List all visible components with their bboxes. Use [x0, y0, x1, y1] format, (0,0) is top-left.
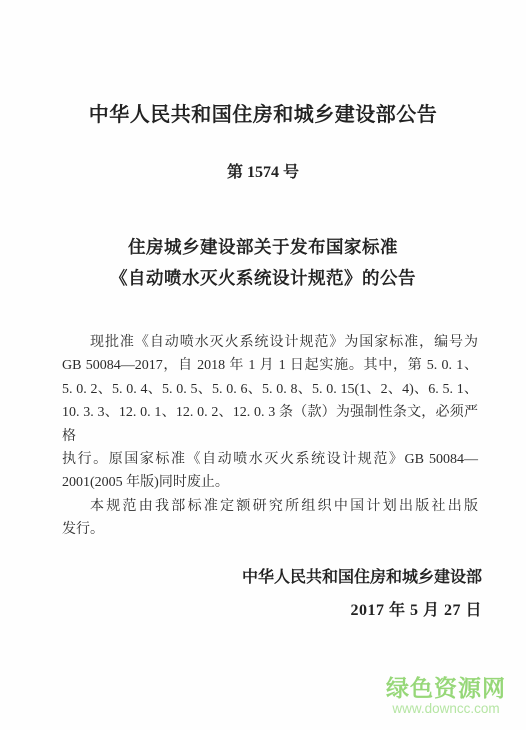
issue-date: 2017 年 5 月 27 日 — [242, 597, 482, 620]
body-line: 本规范由我部标准定额研究所组织中国计划出版社出版 — [62, 495, 478, 518]
body-line: 执行。原国家标准《自动喷水灭火系统设计规范》GB 50084— — [62, 448, 478, 471]
subtitle-line-2: 《自动喷水灭火系统设计规范》的公告 — [0, 263, 526, 294]
document-subtitle: 住房城乡建设部关于发布国家标准 《自动喷水灭火系统设计规范》的公告 — [0, 232, 526, 294]
watermark-site-url: www.downcc.com — [386, 702, 506, 716]
document-body: 现批准《自动喷水灭火系统设计规范》为国家标准，编号为 GB 50084—2017… — [62, 331, 478, 542]
issuing-authority: 中华人民共和国住房和城乡建设部 — [242, 564, 482, 587]
document-page: 中华人民共和国住房和城乡建设部公告 第 1574 号 住房城乡建设部关于发布国家… — [0, 0, 526, 730]
body-line: 2001(2005 年版)同时废止。 — [62, 471, 478, 494]
body-line: 5. 0. 2、5. 0. 4、5. 0. 5、5. 0. 6、5. 0. 8、… — [62, 378, 478, 401]
site-watermark: 绿色资源网 www.downcc.com — [386, 676, 506, 716]
watermark-site-name: 绿色资源网 — [386, 676, 506, 700]
body-line: GB 50084—2017，自 2018 年 1 月 1 日起实施。其中，第 5… — [62, 354, 478, 377]
document-number: 第 1574 号 — [0, 159, 526, 182]
document-title: 中华人民共和国住房和城乡建设部公告 — [0, 98, 526, 127]
body-line: 10. 3. 3、12. 0. 1、12. 0. 2、12. 0. 3 条（款）… — [62, 401, 478, 448]
subtitle-line-1: 住房城乡建设部关于发布国家标准 — [0, 232, 526, 263]
signature-block: 中华人民共和国住房和城乡建设部 2017 年 5 月 27 日 — [242, 564, 482, 620]
body-line: 现批准《自动喷水灭火系统设计规范》为国家标准，编号为 — [62, 331, 478, 354]
body-line: 发行。 — [62, 518, 478, 541]
